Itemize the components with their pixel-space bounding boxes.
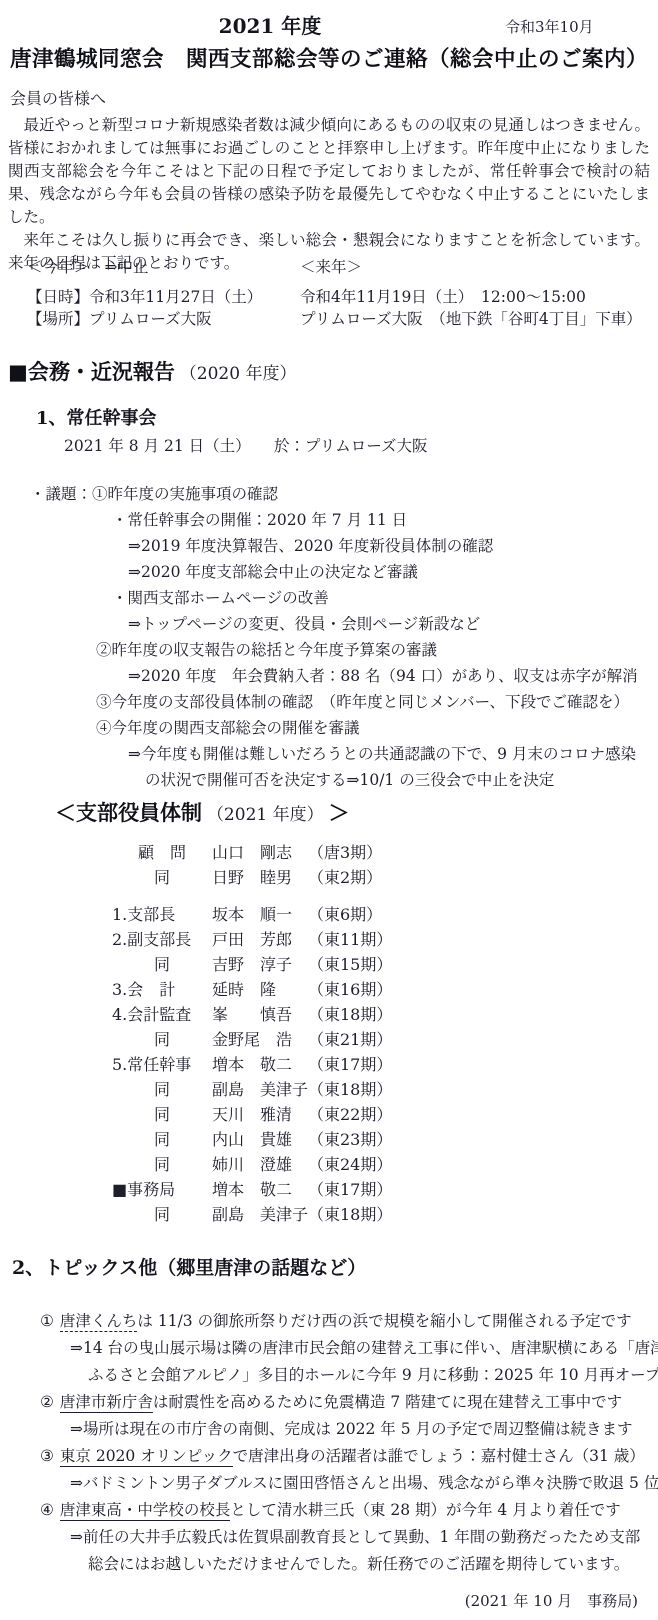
officers-heading-year: （2021 年度） bbox=[207, 805, 324, 825]
topic-item: ④唐津東高・中学校の校長として清水耕三氏（東 28 期）が今年 4 月より着任で… bbox=[40, 1497, 658, 1524]
report-heading-year: （2020 年度） bbox=[180, 364, 297, 384]
event-next-year-datetime: 令和4年11月19日（土） 12:00～15:00 bbox=[300, 286, 642, 308]
agenda-line: ⇒トップページの変更、役員・会則ページ新設など bbox=[128, 611, 658, 637]
agenda-line: ⇒2019 年度決算報告、2020 年度新役員体制の確認 bbox=[128, 533, 658, 559]
agenda-line: ⇒2020 年度 年会費納入者：88 名（94 口）があり、収支は赤字が解消 bbox=[128, 663, 658, 689]
document-title: 唐津鶴城同窓会 関西支部総会等のご連絡（総会中止のご案内） bbox=[0, 42, 658, 73]
officer-role: 同 bbox=[112, 1027, 212, 1052]
topic-continuation: ⇒前任の大井手広毅氏は佐賀県副教育長として異動、1 年間の勤務だったため支部 bbox=[70, 1524, 658, 1551]
officer-role: 同 bbox=[112, 865, 212, 890]
agenda-line: ・常任幹事会の開催：2020 年 7 月 11 日 bbox=[112, 507, 658, 533]
officers-gap bbox=[0, 890, 658, 902]
officer-name: 増本 敬二 bbox=[212, 1052, 308, 1077]
event-next-year: ＜来年＞ 令和4年11月19日（土） 12:00～15:00 プリムローズ大阪 … bbox=[300, 256, 642, 330]
officers-heading-close: ＞ bbox=[329, 801, 350, 825]
topic-text: として清水耕三氏（東 28 期）が今年 4 月より着任です bbox=[230, 1501, 620, 1519]
agenda-line: ③今年度の支部役員体制の確認 （昨年度と同じメンバー、下段でご確認を） bbox=[96, 689, 658, 715]
topic-underlined-text: 東京 2020 オリンピック bbox=[60, 1447, 233, 1467]
topic-item: ③東京 2020 オリンピックで唐津出身の活躍者は誰でしょう：嘉村健士さん（31… bbox=[40, 1443, 658, 1470]
officer-period: （東17期） bbox=[308, 1177, 392, 1202]
officer-row: 同 日野 睦男 （東2期） bbox=[0, 865, 658, 890]
officer-period: （東23期） bbox=[308, 1127, 392, 1152]
officer-role: 同 bbox=[112, 1077, 212, 1102]
event-this-year-venue: 【場所】プリムローズ大阪 bbox=[27, 308, 300, 330]
officer-row: 4.会計監査 峯 慎吾 （東18期） bbox=[0, 1002, 658, 1027]
topics-list: ①唐津くんちは 11/3 の御旅所祭りだけ西の浜で規模を縮小して開催される予定で… bbox=[0, 1308, 658, 1578]
officer-role: ■事務局 bbox=[112, 1177, 212, 1202]
officer-name: 戸田 芳郎 bbox=[212, 927, 308, 952]
topic-continuation: ふるさと会館アルピノ」多目的ホールに今年 9 月に移動：2025 年 10 月再… bbox=[88, 1362, 658, 1389]
officer-row: 同 金野尾 浩 （東21期） bbox=[0, 1027, 658, 1052]
fiscal-year-label: 2021 年度 bbox=[0, 10, 540, 39]
officer-role: 同 bbox=[112, 952, 212, 977]
agenda-line: ・議題：①昨年度の実施事項の確認 bbox=[30, 481, 658, 507]
agenda-line: の状況で開催可否を決定する⇒10/1 の三役会で中止を決定 bbox=[145, 767, 658, 793]
officer-row: 1.支部長 坂本 順一 （東6期） bbox=[0, 902, 658, 927]
officer-name: 増本 敬二 bbox=[212, 1177, 308, 1202]
topic-number: ④ bbox=[40, 1501, 54, 1519]
officer-name: 峯 慎吾 bbox=[212, 1002, 308, 1027]
officer-role: 顧 問 bbox=[112, 840, 212, 865]
officer-period: （東6期） bbox=[308, 902, 382, 927]
event-next-year-heading: ＜来年＞ bbox=[300, 256, 642, 278]
event-this-year-datetime: 【日時】令和3年11月27日（土） bbox=[27, 286, 300, 308]
topic-underlined-text: 唐津東高・中学校の校長 bbox=[60, 1501, 231, 1521]
intro-paragraph-1: 最近やっと新型コロナ新規感染者数は減少傾向にあるものの収束の見通しはつきません。… bbox=[8, 114, 650, 229]
officers-section-heading: ＜支部役員体制 （2021 年度） ＞ bbox=[55, 797, 350, 827]
topic-number: ① bbox=[40, 1312, 54, 1330]
topic-continuation: 総会にはお越しいただけませんでした。新任務でのご活躍を期待しています。 bbox=[88, 1551, 658, 1578]
officer-name: 日野 睦男 bbox=[212, 865, 308, 890]
event-schedule: ＜今年＞ ⇒中止 【日時】令和3年11月27日（土） 【場所】プリムローズ大阪 … bbox=[27, 256, 642, 330]
officer-role: 3.会 計 bbox=[112, 977, 212, 1002]
officer-row: 顧 問 山口 剛志 （唐3期） bbox=[0, 840, 658, 865]
officer-period: （東24期） bbox=[308, 1152, 392, 1177]
officer-period: （東17期） bbox=[308, 1052, 392, 1077]
officer-row: 同 天川 雅清 （東22期） bbox=[0, 1102, 658, 1127]
officer-period: （東18期） bbox=[308, 1077, 392, 1102]
officer-row: 2.副支部長 戸田 芳郎 （東11期） bbox=[0, 927, 658, 952]
officer-period: （唐3期） bbox=[308, 840, 382, 865]
agenda-line: ・関西支部ホームページの改善 bbox=[112, 585, 658, 611]
topic-text: は 11/3 の御旅所祭りだけ西の浜で規模を縮小して開催される予定です bbox=[137, 1312, 631, 1330]
officer-period: （東18期） bbox=[308, 1002, 392, 1027]
salutation: 会員の皆様へ bbox=[10, 86, 106, 109]
officer-role: 同 bbox=[112, 1152, 212, 1177]
agenda-line: ④今年度の関西支部総会の開催を審議 bbox=[96, 715, 658, 741]
event-next-year-venue: プリムローズ大阪 （地下鉄「谷町4丁目」下車） bbox=[300, 308, 642, 330]
officer-row: 同 内山 貴雄 （東23期） bbox=[0, 1127, 658, 1152]
officer-row: 5.常任幹事 増本 敬二 （東17期） bbox=[0, 1052, 658, 1077]
officer-name: 副島 美津子 bbox=[212, 1202, 308, 1227]
officer-role: 2.副支部長 bbox=[112, 927, 212, 952]
officer-row: 同 吉野 淳子 （東15期） bbox=[0, 952, 658, 977]
officer-name: 坂本 順一 bbox=[212, 902, 308, 927]
officer-role: 1.支部長 bbox=[112, 902, 212, 927]
officer-row: ■事務局 増本 敬二 （東17期） bbox=[0, 1177, 658, 1202]
topic-number: ③ bbox=[40, 1447, 54, 1465]
officer-role: 同 bbox=[112, 1102, 212, 1127]
document-page: 2021 年度 令和3年10月 唐津鶴城同窓会 関西支部総会等のご連絡（総会中止… bbox=[0, 0, 658, 1620]
officer-name: 天川 雅清 bbox=[212, 1102, 308, 1127]
officer-period: （東11期） bbox=[308, 927, 392, 952]
officer-row: 同 姉川 澄雄 （東24期） bbox=[0, 1152, 658, 1177]
officer-row: 同 副島 美津子 （東18期） bbox=[0, 1202, 658, 1227]
officer-period: （東21期） bbox=[308, 1027, 392, 1052]
officers-heading-open: ＜支部役員体制 bbox=[55, 801, 202, 825]
agenda-line: ⇒今年度も開催は難しいだろうとの共通認識の下で、9 月末のコロナ感染 bbox=[128, 741, 658, 767]
officer-name: 金野尾 浩 bbox=[212, 1027, 308, 1052]
officer-name: 延時 隆 bbox=[212, 977, 308, 1002]
officer-period: （東15期） bbox=[308, 952, 392, 977]
footer-note: (2021 年 10 月 事務局) bbox=[0, 1590, 638, 1611]
topics-section-heading: 2、トピックス他（郷里唐津の話題など） bbox=[12, 1253, 366, 1280]
officer-period: （東22期） bbox=[308, 1102, 392, 1127]
officer-role: 同 bbox=[112, 1202, 212, 1227]
topic-continuation: ⇒場所は現在の市庁舎の南側、完成は 2022 年 5 月の予定で周辺整備は続きま… bbox=[70, 1416, 658, 1443]
officer-name: 山口 剛志 bbox=[212, 840, 308, 865]
officer-row: 3.会 計 延時 隆 （東16期） bbox=[0, 977, 658, 1002]
officer-period: （東2期） bbox=[308, 865, 382, 890]
officer-name: 内山 貴雄 bbox=[212, 1127, 308, 1152]
agenda-list: ・議題：①昨年度の実施事項の確認 ・常任幹事会の開催：2020 年 7 月 11… bbox=[0, 481, 658, 793]
topic-item: ②唐津市新庁舎は耐震性を高めるために免震構造 7 階建てに現在建替え工事中です bbox=[40, 1389, 658, 1416]
report-section-heading: ■会務・近況報告 （2020 年度） bbox=[8, 356, 296, 386]
topic-text: は耐震性を高めるために免震構造 7 階建てに現在建替え工事中です bbox=[153, 1393, 622, 1411]
topic-underlined-text: 唐津くんち bbox=[60, 1312, 138, 1332]
officer-role: 5.常任幹事 bbox=[112, 1052, 212, 1077]
subsection-1-date: 2021 年 8 月 21 日（土） 於：プリムローズ大阪 bbox=[64, 434, 428, 456]
officer-period: （東16期） bbox=[308, 977, 392, 1002]
officer-row: 同 副島 美津子 （東18期） bbox=[0, 1077, 658, 1102]
officer-period: （東18期） bbox=[308, 1202, 392, 1227]
topic-text: で唐津出身の活躍者は誰でしょう：嘉村健士さん（31 歳） bbox=[233, 1447, 645, 1465]
officer-name: 吉野 淳子 bbox=[212, 952, 308, 977]
topic-number: ② bbox=[40, 1393, 54, 1411]
intro-paragraphs: 最近やっと新型コロナ新規感染者数は減少傾向にあるものの収束の見通しはつきません。… bbox=[8, 114, 650, 275]
topic-item: ①唐津くんちは 11/3 の御旅所祭りだけ西の浜で規模を縮小して開催される予定で… bbox=[40, 1308, 658, 1335]
event-this-year-heading: ＜今年＞ ⇒中止 bbox=[27, 256, 300, 278]
officer-role: 4.会計監査 bbox=[112, 1002, 212, 1027]
officer-name: 姉川 澄雄 bbox=[212, 1152, 308, 1177]
topic-continuation: ⇒バドミントン男子ダブルスに園田啓悟さんと出場、残念ながら準々決勝で敗退 5 位 bbox=[70, 1470, 658, 1497]
subsection-1-heading: 1、常任幹事会 bbox=[36, 404, 157, 430]
report-heading-text: ■会務・近況報告 bbox=[8, 359, 175, 384]
issue-date-label: 令和3年10月 bbox=[505, 16, 594, 37]
topic-continuation: ⇒14 台の曳山展示場は隣の唐津市民会館の建替え工事に伴い、唐津駅横にある「唐津 bbox=[70, 1335, 658, 1362]
officers-table: 顧 問 山口 剛志 （唐3期） 同 日野 睦男 （東2期） 1.支部長 坂本 順… bbox=[0, 840, 658, 1227]
agenda-line: ②昨年度の収支報告の総括と今年度予算案の審議 bbox=[96, 637, 658, 663]
event-this-year: ＜今年＞ ⇒中止 【日時】令和3年11月27日（土） 【場所】プリムローズ大阪 bbox=[27, 256, 300, 330]
officer-role: 同 bbox=[112, 1127, 212, 1152]
agenda-line: ⇒2020 年度支部総会中止の決定など審議 bbox=[128, 559, 658, 585]
topic-underlined-text: 唐津市新庁舎 bbox=[60, 1393, 153, 1413]
officer-name: 副島 美津子 bbox=[212, 1077, 308, 1102]
